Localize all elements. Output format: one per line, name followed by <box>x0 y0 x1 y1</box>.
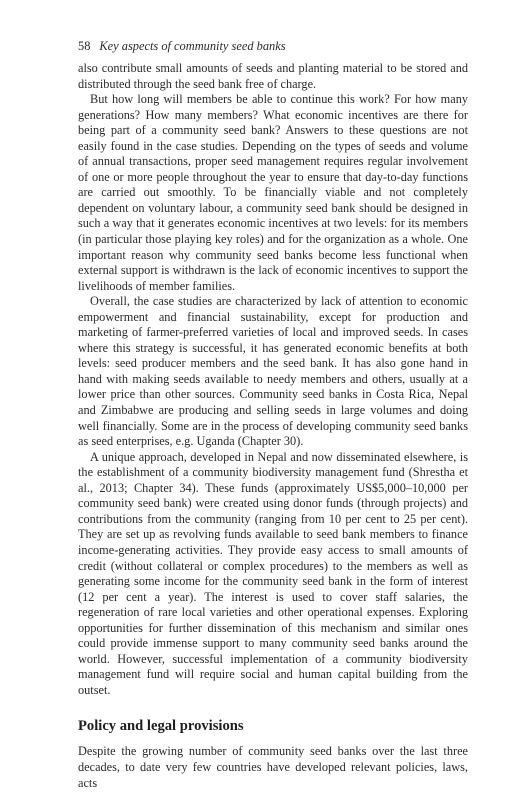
section-heading: Policy and legal provisions <box>78 717 468 735</box>
body-text: also contribute small amounts of seeds a… <box>78 61 468 698</box>
running-head: 58Key aspects of community seed banks <box>78 38 468 54</box>
chapter-title: Key aspects of community seed banks <box>99 39 285 53</box>
paragraph-continued: also contribute small amounts of seeds a… <box>78 61 468 92</box>
page-number: 58 <box>78 38 90 54</box>
paragraph-economic-incentives: But how long will members be able to con… <box>78 92 468 294</box>
paragraph-case-studies-overview: Overall, the case studies are characteri… <box>78 294 468 449</box>
section-body: Despite the growing number of community … <box>78 744 468 791</box>
book-page: 58Key aspects of community seed banks al… <box>78 38 468 791</box>
paragraph-biodiversity-fund: A unique approach, developed in Nepal an… <box>78 450 468 699</box>
paragraph-policy-intro: Despite the growing number of community … <box>78 744 468 791</box>
